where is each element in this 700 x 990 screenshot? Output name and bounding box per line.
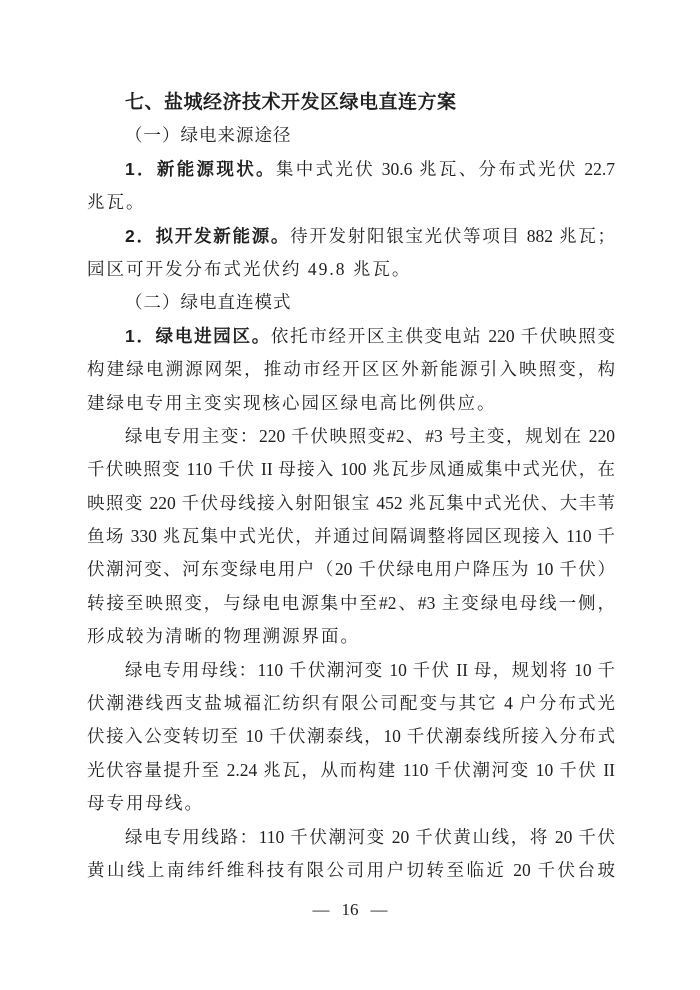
footer-dash-left: — <box>313 900 330 919</box>
text-line: 绿电专用母线：110 千伏潮河变 10 千伏 II 母，规划将 10 千 <box>87 654 615 687</box>
text-line: 光伏容量提升至 2.24 兆瓦，从而构建 110 千伏潮河变 10 千伏 II <box>87 754 615 787</box>
text-line: 1．新能源现状。集中式光伏 30.6 兆瓦、分布式光伏 22.7 <box>87 153 615 186</box>
text-line: 建绿电专用主变实现核心园区绿电高比例供应。 <box>87 387 615 420</box>
text-line: 绿电专用主变：220 千伏映照变#2、#3 号主变，规划在 220 <box>87 420 615 453</box>
text-line: 伏接入公变转切至 10 千伏潮泰线，10 千伏潮泰线所接入分布式 <box>87 720 615 753</box>
page-footer: —16— <box>0 896 700 924</box>
text-line: 鱼场 330 兆瓦集中式光伏，并通过间隔调整将园区现接入 110 千 <box>87 520 615 553</box>
page-number: 16 <box>342 900 359 919</box>
text-line: 2．拟开发新能源。待开发射阳银宝光伏等项目 882 兆瓦； <box>87 220 615 253</box>
footer-dash-right: — <box>371 900 388 919</box>
document-body: 七、盐城经济技术开发区绿电直连方案 （一）绿电来源途径1．新能源现状。集中式光伏… <box>87 86 615 887</box>
paragraph-text: 集中式光伏 30.6 兆瓦、分布式光伏 22.7 <box>276 159 615 179</box>
text-line: 伏潮河变、河东变绿电用户（20 千伏绿电用户降压为 10 千伏） <box>87 553 615 586</box>
text-line: 千伏映照变 110 千伏 II 母接入 100 兆瓦步凤通威集中式光伏，在 <box>87 453 615 486</box>
text-line: 伏潮港线西支盐城福汇纺织有限公司配变与其它 4 户分布式光 <box>87 687 615 720</box>
text-line: 映照变 220 千伏母线接入射阳银宝 452 兆瓦集中式光伏、大丰苇 <box>87 487 615 520</box>
text-line: 构建绿电溯源网架，推动市经开区区外新能源引入映照变，构 <box>87 353 615 386</box>
text-line: 绿电专用线路：110 千伏潮河变 20 千伏黄山线，将 20 千伏 <box>87 821 615 854</box>
section-heading: （一）绿电来源途径 <box>87 119 615 152</box>
text-line: 1．绿电进园区。依托市经开区主供变电站 220 千伏映照变 <box>87 320 615 353</box>
document-page: 七、盐城经济技术开发区绿电直连方案 （一）绿电来源途径1．新能源现状。集中式光伏… <box>0 0 700 990</box>
section-heading: （二）绿电直连模式 <box>87 286 615 319</box>
paragraph-lead: 1．绿电进园区。 <box>125 326 271 346</box>
text-line: 黄山线上南纬纤维科技有限公司用户切转至临近 20 千伏台玻 <box>87 854 615 887</box>
document-title: 七、盐城经济技术开发区绿电直连方案 <box>87 86 615 119</box>
paragraph-text: 依托市经开区主供变电站 220 千伏映照变 <box>271 326 615 346</box>
paragraph-lead: 1．新能源现状。 <box>125 159 276 179</box>
text-line: 转接至映照变，与绿电电源集中至#2、#3 主变绿电母线一侧， <box>87 587 615 620</box>
text-line: 母专用母线。 <box>87 787 615 820</box>
paragraph-lead: 2．拟开发新能源。 <box>125 226 290 246</box>
text-line: 兆瓦。 <box>87 186 615 219</box>
paragraph-text: 待开发射阳银宝光伏等项目 882 兆瓦； <box>290 226 615 246</box>
text-line: 园区可开发分布式光伏约 49.8 兆瓦。 <box>87 253 615 286</box>
text-line: 形成较为清晰的物理溯源界面。 <box>87 620 615 653</box>
